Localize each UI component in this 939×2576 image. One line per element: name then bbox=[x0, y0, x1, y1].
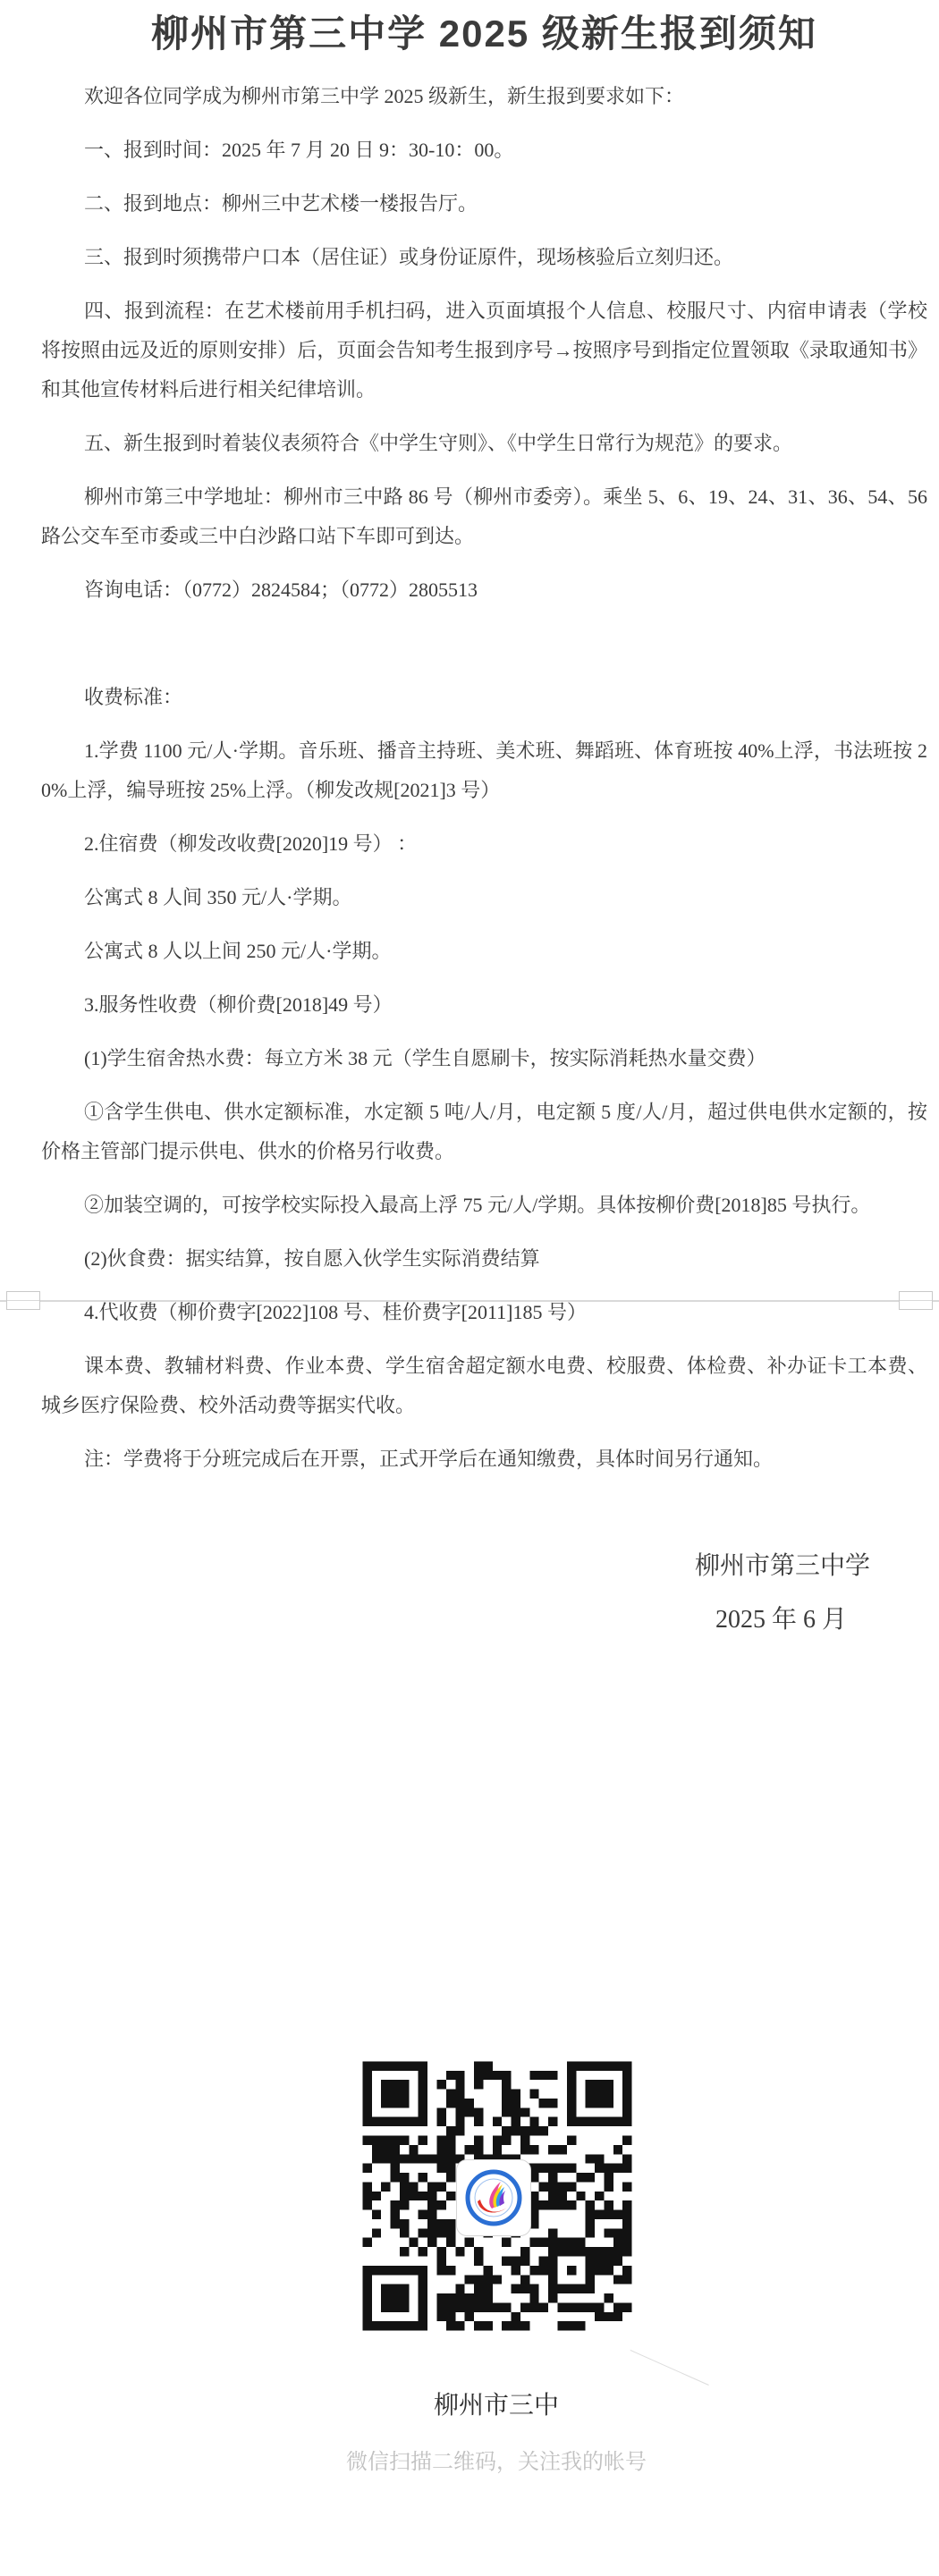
paragraph-1: 欢迎各位同学成为柳州市第三中学 2025 级新生，新生报到要求如下： bbox=[41, 77, 927, 116]
page-break-line bbox=[0, 1300, 939, 1302]
paragraph-5: 四、报到流程：在艺术楼前用手机扫码，进入页面填报个人信息、校服尺寸、内宿申请表（… bbox=[41, 291, 927, 410]
page-break-box-right bbox=[899, 1291, 933, 1310]
paragraph-24: 柳州市第三中学 bbox=[41, 1547, 927, 1586]
paragraph-9 bbox=[41, 624, 927, 663]
paragraph-21: 课本费、教辅材料费、作业本费、学生宿舍超定额水电费、校服费、体检费、补办证卡工本… bbox=[41, 1347, 927, 1425]
doc-page: 柳州市第三中学 2025 级新生报到须知 欢迎各位同学成为柳州市第三中学 202… bbox=[0, 0, 939, 2576]
paragraph-18: ②加装空调的，可按学校实际投入最高上浮 75 元/人/学期。具体按柳价费[201… bbox=[41, 1186, 927, 1225]
doc-title: 柳州市第三中学 2025 级新生报到须知 bbox=[41, 7, 927, 61]
paragraph-14: 公寓式 8 人以上间 250 元/人·学期。 bbox=[41, 932, 927, 971]
paragraph-7: 柳州市第三中学地址：柳州市三中路 86 号（柳州市委旁）。乘坐 5、6、19、2… bbox=[41, 477, 927, 556]
school-logo-icon bbox=[465, 2169, 522, 2226]
paragraph-11: 1.学费 1100 元/人·学期。音乐班、播音主持班、美术班、舞蹈班、体育班按 … bbox=[41, 731, 927, 810]
paragraph-22: 注：学费将于分班完成后在开票，正式开学后在通知缴费，具体时间另行通知。 bbox=[41, 1440, 927, 1479]
paragraph-25: 2025 年 6 月 bbox=[41, 1600, 927, 1640]
paragraph-19: (2)伙食费：据实结算，按自愿入伙学生实际消费结算 bbox=[41, 1239, 927, 1279]
account-name: 柳州市三中 bbox=[54, 2386, 939, 2425]
paragraph-3: 二、报到地点：柳州三中艺术楼一楼报告厅。 bbox=[41, 184, 927, 224]
paragraph-10: 收费标准： bbox=[41, 678, 927, 717]
page-break-marker bbox=[0, 1291, 939, 1311]
paragraph-15: 3.服务性收费（柳价费[2018]49 号） bbox=[41, 985, 927, 1025]
page-break-box-left bbox=[6, 1291, 40, 1310]
document-body: 欢迎各位同学成为柳州市第三中学 2025 级新生，新生报到要求如下：一、报到时间… bbox=[41, 77, 927, 1640]
paragraph-4: 三、报到时须携带户口本（居住证）或身份证原件，现场核验后立刻归还。 bbox=[41, 238, 927, 277]
paragraph-2: 一、报到时间：2025 年 7 月 20 日 9：30-10：00。 bbox=[41, 131, 927, 170]
paragraph-13: 公寓式 8 人间 350 元/人·学期。 bbox=[41, 878, 927, 917]
school-logo bbox=[456, 2159, 531, 2236]
paragraph-17: ①含学生供电、供水定额标准，水定额 5 吨/人/月，电定额 5 度/人/月，超过… bbox=[41, 1093, 927, 1171]
qr-code bbox=[353, 2052, 641, 2340]
scan-artifact-line bbox=[630, 2350, 709, 2386]
paragraph-6: 五、新生报到时着装仪表须符合《中学生守则》、《中学生日常行为规范》的要求。 bbox=[41, 424, 927, 463]
paragraph-23 bbox=[41, 1493, 927, 1533]
qr-caption: 微信扫描二维码，关注我的帐号 bbox=[54, 2443, 939, 2482]
paragraph-16: (1)学生宿舍热水费：每立方米 38 元（学生自愿刷卡，按实际消耗热水量交费） bbox=[41, 1039, 927, 1078]
paragraph-12: 2.住宿费（柳发改收费[2020]19 号） ： bbox=[41, 824, 927, 864]
paragraph-8: 咨询电话：（0772）2824584；（0772）2805513 bbox=[41, 570, 927, 610]
